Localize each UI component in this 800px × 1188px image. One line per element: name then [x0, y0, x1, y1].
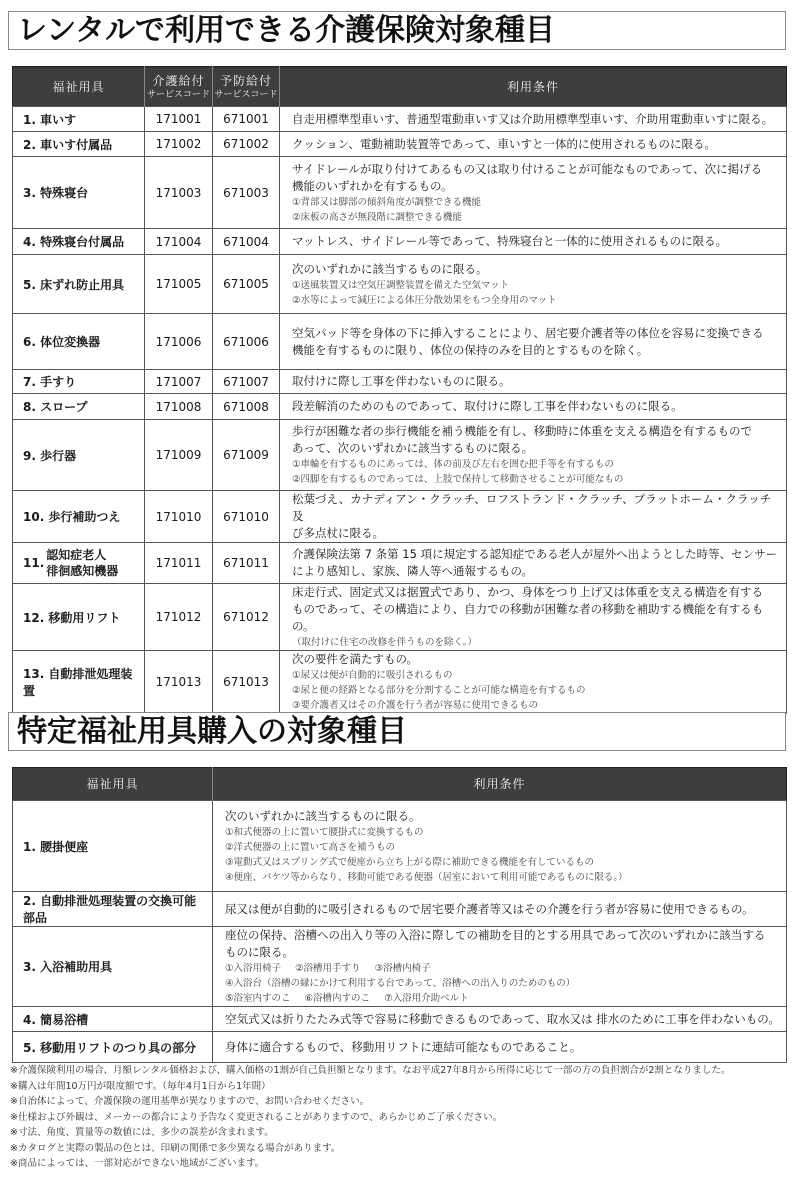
item-name: 2. 車いす付属品 — [13, 132, 145, 157]
rental-section-title: レンタルで利用できる介護保険対象種目 — [9, 12, 785, 50]
header-care-code: 介護給付 サービスコード — [145, 67, 213, 107]
condition: 段差解消のためのものであって、取付けに際し工事を伴わないものに限る。 — [280, 394, 787, 420]
condition: クッション、電動補助装置等であって、車いすと一体的に使用されるものに限る。 — [280, 132, 787, 157]
care-code: 171003 — [145, 157, 213, 229]
table-row: 11. 認知症老人 徘徊感知機器 171011 671011 介護保険法第 7 … — [13, 543, 787, 584]
item-name: 5. 移動用リフトのつり具の部分 — [13, 1032, 213, 1063]
care-code: 171009 — [145, 420, 213, 491]
footnote: ※寸法、角度、質量等の数値には、多少の誤差が含まれます。 — [10, 1125, 790, 1141]
prevent-code: 671008 — [213, 394, 280, 420]
condition: 歩行が困難な者の歩行機能を補う機能を有し、移動時に体重を支える構造を有するもので… — [280, 420, 787, 491]
table-row: 7. 手すり 171007 671007 取付けに際し工事を伴わないものに限る。 — [13, 370, 787, 394]
table-row: 3. 入浴補助用具 座位の保持、浴槽への出入り等の入浴に際しての補助を目的とする… — [13, 927, 787, 1007]
condition: 自走用標準型車いす、普通型電動車いす又は介助用標準型車いす、介助用電動車いすに限… — [280, 107, 787, 132]
table-row: 2. 車いす付属品 171002 671002 クッション、電動補助装置等であっ… — [13, 132, 787, 157]
footnote: ※自治体によって、介護保険の運用基準が異なりますので、お問い合わせください。 — [10, 1094, 790, 1110]
care-code: 171007 — [145, 370, 213, 394]
prevent-code: 671010 — [213, 491, 280, 543]
care-code: 171002 — [145, 132, 213, 157]
condition: サイドレールが取り付けてあるもの又は取り付けることが可能なものであって、次に掲げ… — [280, 157, 787, 229]
table-row: 9. 歩行器 171009 671009 歩行が困難な者の歩行機能を補う機能を有… — [13, 420, 787, 491]
item-name: 2. 自動排泄処理装置の交換可能部品 — [13, 892, 213, 927]
footnote: ※カタログと実際の製品の色とは、印刷の関係で多少異なる場合があります。 — [10, 1141, 790, 1157]
prevent-code: 671009 — [213, 420, 280, 491]
item-name: 5. 床ずれ防止用具 — [13, 255, 145, 314]
item-name: 9. 歩行器 — [13, 420, 145, 491]
item-name: 1. 車いす — [13, 107, 145, 132]
header-item: 福祉用具 — [13, 67, 145, 107]
item-name: 1. 腰掛便座 — [13, 801, 213, 892]
care-code: 171008 — [145, 394, 213, 420]
table-row: 12. 移動用リフト 171012 671012 床走行式、固定式又は据置式であ… — [13, 584, 787, 651]
purchase-section-title: 特定福祉用具購入の対象種目 — [9, 713, 785, 751]
prevent-code: 671003 — [213, 157, 280, 229]
care-code: 171006 — [145, 314, 213, 370]
item-name: 12. 移動用リフト — [13, 584, 145, 651]
table-row: 3. 特殊寝台 171003 671003 サイドレールが取り付けてあるもの又は… — [13, 157, 787, 229]
table-row: 1. 車いす 171001 671001 自走用標準型車いす、普通型電動車いす又… — [13, 107, 787, 132]
condition: 介護保険法第 7 条第 15 項に規定する認知症である老人が屋外へ出ようとした時… — [280, 543, 787, 584]
purchase-items-table: 福祉用具 利用条件 1. 腰掛便座 次のいずれかに該当するものに限る。 ①和式便… — [12, 767, 787, 1063]
prevent-code: 671001 — [213, 107, 280, 132]
header-condition: 利用条件 — [213, 768, 787, 801]
care-code: 171010 — [145, 491, 213, 543]
prevent-code: 671004 — [213, 229, 280, 255]
item-name: 3. 特殊寝台 — [13, 157, 145, 229]
condition: 松葉づえ、カナディアン・クラッチ、ロフストランド・クラッチ、プラットホーム・クラ… — [280, 491, 787, 543]
footnote: ※介護保険利用の場合、月額レンタル価格および、購入価格の1割が自己負担額となりま… — [10, 1063, 790, 1079]
table-row: 5. 床ずれ防止用具 171005 671005 次のいずれかに該当するものに限… — [13, 255, 787, 314]
rental-table-header: 福祉用具 介護給付 サービスコード 予防給付 サービスコード 利用条件 — [13, 67, 787, 107]
condition: 空気式又は折りたたみ式等で容易に移動できるものであって、取水又は 排水のために工… — [213, 1007, 787, 1032]
item-name: 10. 歩行補助つえ — [13, 491, 145, 543]
condition: 床走行式、固定式又は据置式であり、かつ、身体をつり上げ又は体重を支える構造を有す… — [280, 584, 787, 651]
condition: 尿又は便が自動的に吸引されるもので居宅要介護者等又はその介護を行う者が容易に使用… — [213, 892, 787, 927]
footnote: ※仕様および外観は、メーカーの都合により予告なく変更されることがありますので、あ… — [10, 1110, 790, 1126]
care-code: 171001 — [145, 107, 213, 132]
table-row: 6. 体位変換器 171006 671006 空気パッド等を身体の下に挿入するこ… — [13, 314, 787, 370]
item-name: 4. 特殊寝台付属品 — [13, 229, 145, 255]
care-code: 171013 — [145, 651, 213, 714]
item-name: 13. 自動排泄処理装置 — [13, 651, 145, 714]
prevent-code: 671006 — [213, 314, 280, 370]
footnote: ※商品によっては、一部対応ができない地域がございます。 — [10, 1156, 790, 1172]
condition: 次のいずれかに該当するものに限る。 ①送風装置又は空気圧調整装置を備えた空気マッ… — [280, 255, 787, 314]
condition: 座位の保持、浴槽への出入り等の入浴に際しての補助を目的とする用具であって次のいず… — [213, 927, 787, 1007]
table-row: 5. 移動用リフトのつり具の部分 身体に適合するもので、移動用リフトに連結可能な… — [13, 1032, 787, 1063]
footnote: ※購入は年間10万円が限度額です。（毎年4月1日から1年間） — [10, 1079, 790, 1095]
care-code: 171004 — [145, 229, 213, 255]
prevent-code: 671002 — [213, 132, 280, 157]
condition: 身体に適合するもので、移動用リフトに連結可能なものであること。 — [213, 1032, 787, 1063]
condition: 取付けに際し工事を伴わないものに限る。 — [280, 370, 787, 394]
header-prevent-code: 予防給付 サービスコード — [213, 67, 280, 107]
care-code: 171011 — [145, 543, 213, 584]
header-item: 福祉用具 — [13, 768, 213, 801]
rental-section-title-box: レンタルで利用できる介護保険対象種目 — [8, 11, 786, 50]
item-name: 7. 手すり — [13, 370, 145, 394]
table-row: 13. 自動排泄処理装置 171013 671013 次の要件を満たすもの。 ①… — [13, 651, 787, 714]
table-row: 1. 腰掛便座 次のいずれかに該当するものに限る。 ①和式便器の上に置いて腰掛式… — [13, 801, 787, 892]
condition: マットレス、サイドレール等であって、特殊寝台と一体的に使用されるものに限る。 — [280, 229, 787, 255]
table-row: 2. 自動排泄処理装置の交換可能部品 尿又は便が自動的に吸引されるもので居宅要介… — [13, 892, 787, 927]
item-name: 6. 体位変換器 — [13, 314, 145, 370]
prevent-code: 671005 — [213, 255, 280, 314]
condition: 次の要件を満たすもの。 ①尿又は便が自動的に吸引されるもの ②尿と便の経路となる… — [280, 651, 787, 714]
table-row: 4. 特殊寝台付属品 171004 671004 マットレス、サイドレール等であ… — [13, 229, 787, 255]
prevent-code: 671011 — [213, 543, 280, 584]
table-row: 10. 歩行補助つえ 171010 671010 松葉づえ、カナディアン・クラッ… — [13, 491, 787, 543]
table-row: 8. スロープ 171008 671008 段差解消のためのものであって、取付け… — [13, 394, 787, 420]
condition: 空気パッド等を身体の下に挿入することにより、居宅要介護者等の体位を容易に変換でき… — [280, 314, 787, 370]
prevent-code: 671007 — [213, 370, 280, 394]
item-name: 3. 入浴補助用具 — [13, 927, 213, 1007]
prevent-code: 671012 — [213, 584, 280, 651]
header-condition: 利用条件 — [280, 67, 787, 107]
care-code: 171012 — [145, 584, 213, 651]
item-name: 8. スロープ — [13, 394, 145, 420]
care-code: 171005 — [145, 255, 213, 314]
purchase-section-title-box: 特定福祉用具購入の対象種目 — [8, 712, 786, 751]
item-name: 4. 簡易浴槽 — [13, 1007, 213, 1032]
footnotes: ※介護保険利用の場合、月額レンタル価格および、購入価格の1割が自己負担額となりま… — [10, 1063, 790, 1172]
condition: 次のいずれかに該当するものに限る。 ①和式便器の上に置いて腰掛式に変換するもの … — [213, 801, 787, 892]
rental-items-table: 福祉用具 介護給付 サービスコード 予防給付 サービスコード 利用条件 1. 車… — [12, 66, 787, 714]
purchase-table-header: 福祉用具 利用条件 — [13, 768, 787, 801]
item-name: 11. 認知症老人 徘徊感知機器 — [13, 543, 145, 584]
table-row: 4. 簡易浴槽 空気式又は折りたたみ式等で容易に移動できるものであって、取水又は… — [13, 1007, 787, 1032]
prevent-code: 671013 — [213, 651, 280, 714]
